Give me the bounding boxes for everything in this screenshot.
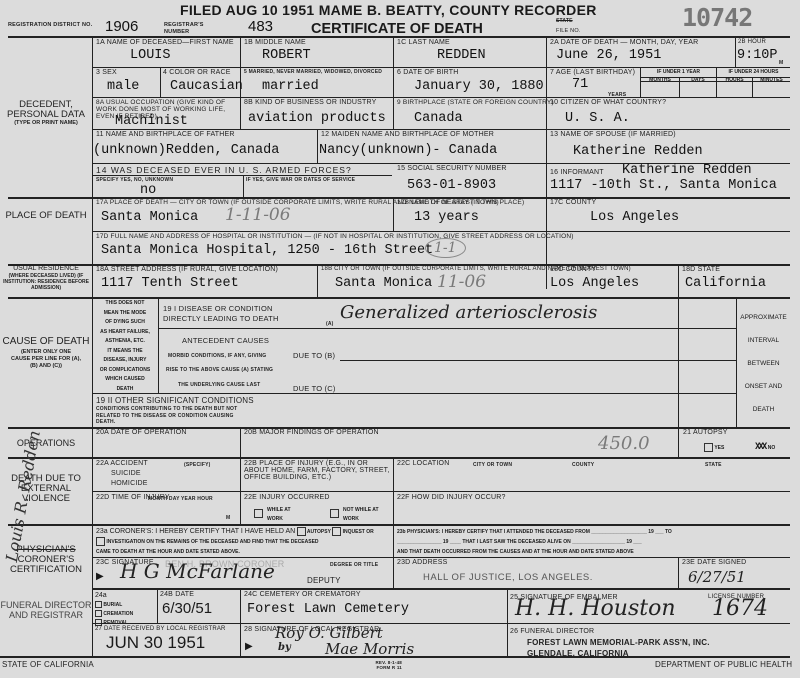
informant-label: 16 INFORMANT bbox=[550, 169, 604, 176]
res-city-pencil-note: 11-06 bbox=[437, 272, 486, 292]
rule bbox=[0, 656, 790, 658]
injury-state-label: STATE bbox=[705, 462, 722, 468]
age: 71 bbox=[572, 77, 588, 92]
rule bbox=[735, 37, 736, 67]
op-findings-label: 20b MAJOR FINDINGS OF OPERATION bbox=[244, 429, 379, 436]
coroner-autopsy-checkbox[interactable] bbox=[297, 527, 306, 536]
death-certificate: REGISTRATION DISTRICT NO. 1906 REGISTRAR… bbox=[0, 0, 800, 678]
specify-label: (SPECIFY) bbox=[184, 462, 211, 468]
first-name: LOUIS bbox=[130, 48, 171, 63]
armed-forces-sublabel: SPECIFY YES, NO, UNKNOWN bbox=[96, 177, 173, 183]
cremation-option: CREMATION bbox=[95, 610, 133, 619]
section-place-of-death: PLACE OF DEATH bbox=[0, 211, 92, 221]
interval-label: APPROXIMATE INTERVAL BETWEEN ONSET AND D… bbox=[737, 306, 790, 421]
coroner-cert-line2: INVESTIGATION ON THE REMAINS OF THE DECE… bbox=[96, 537, 386, 547]
date-signed-label: 23e DATE SIGNED bbox=[682, 559, 746, 566]
section-usual-residence-note: (WHERE DECEASED LIVED) (IF INSTITUTION: … bbox=[0, 273, 92, 291]
filed-stamp: FILED AUG 10 1951 MAME B. BEATTY, COUNTY… bbox=[180, 2, 597, 18]
not-while-at-work: NOT WHILE AT WORK bbox=[330, 506, 390, 524]
place-city-pencil-note: 1-11-06 bbox=[225, 205, 291, 225]
homicide-label: HOMICIDE bbox=[111, 480, 148, 487]
physician-cert-line2-text: THAT I LAST SAW THE DECEASED ALIVE ON bbox=[462, 539, 570, 545]
cause-19i-value: Generalized arteriosclerosis bbox=[340, 302, 597, 323]
cemetery-label: 24c CEMETERY OR CREMATORY bbox=[244, 591, 361, 598]
degree-label: DEGREE OR TITLE bbox=[330, 562, 378, 568]
ssn: 563-01-8903 bbox=[407, 178, 496, 193]
rule bbox=[393, 524, 394, 588]
middle-name-label: 1b MIDDLE NAME bbox=[244, 39, 306, 46]
cause-instruction-line: OF DYING SUCH bbox=[93, 318, 157, 328]
cause-instruction-line: DISEASE, INJURY bbox=[93, 356, 157, 366]
registration-district-label: REGISTRATION DISTRICT NO. bbox=[8, 22, 92, 29]
while-at-work-checkbox[interactable] bbox=[254, 509, 263, 518]
funeral-director-label: 26 FUNERAL DIRECTOR bbox=[510, 628, 594, 635]
informant-address: 1117 -10th St., Santa Monica bbox=[550, 178, 777, 193]
coroner-autopsy-label: AUTOPSY bbox=[307, 529, 331, 535]
section-decedent: DECEDENT, PERSONAL DATA (TYPE OR PRINT N… bbox=[0, 100, 92, 127]
cause-line-a-marker: (A) bbox=[326, 321, 334, 327]
section-cause-title: CAUSE OF DEATH bbox=[2, 336, 89, 347]
section-cause-of-death: CAUSE OF DEATH (ENTER ONLY ONE CAUSE PER… bbox=[0, 337, 92, 370]
registrars-number: 483 bbox=[248, 18, 273, 35]
coroner-investigation-checkbox[interactable] bbox=[96, 537, 105, 546]
rule bbox=[340, 360, 678, 361]
rule bbox=[678, 393, 736, 394]
rule bbox=[678, 360, 736, 361]
due-to-c-label: DUE TO (C) bbox=[293, 384, 336, 393]
rule bbox=[157, 588, 158, 623]
rule bbox=[240, 427, 241, 457]
injury-occurred-label: 22e INJURY OCCURRED bbox=[244, 494, 330, 501]
hour-suffix: M bbox=[779, 60, 783, 66]
section-usual-residence-title: USUAL RESIDENCE bbox=[13, 265, 79, 272]
citizen-label: 10 CITIZEN OF WHAT COUNTRY? bbox=[550, 99, 666, 106]
cremation-label: CREMATION bbox=[103, 611, 133, 617]
physician-certification-text: 23b PHYSICIAN'S: I HEREBY CERTIFY THAT I… bbox=[397, 527, 789, 557]
rule bbox=[92, 623, 790, 624]
autopsy-yes: YES bbox=[704, 443, 724, 452]
coroner-inquest-label: INQUEST OR bbox=[343, 529, 374, 535]
date-of-death-label: 2a DATE OF DEATH — MONTH, DAY, YEAR bbox=[550, 39, 698, 46]
while-at-work-label: WHILE AT WORK bbox=[267, 507, 291, 522]
industry-label: 8b KIND OF BUSINESS OR INDUSTRY bbox=[244, 99, 376, 106]
autopsy-no: XXX NO bbox=[755, 441, 775, 452]
race: Caucasian bbox=[170, 79, 243, 94]
rule bbox=[678, 557, 679, 588]
rule bbox=[678, 328, 736, 329]
first-name-label: 1a NAME OF DECEASED—FIRST NAME bbox=[96, 39, 234, 46]
hospital: Santa Monica Hospital, 1250 - 16th Stree… bbox=[101, 243, 433, 258]
hospital-pencil-note: 1-1 bbox=[425, 238, 466, 258]
section-decedent-note: (TYPE OR PRINT NAME) bbox=[0, 120, 92, 127]
antecedent-line1: MORBID CONDITIONS, IF ANY, GIVING bbox=[168, 353, 266, 359]
coroner-cert-line1: 23a CORONER'S: I HEREBY CERTIFY THAT I H… bbox=[96, 527, 386, 537]
footer-department: DEPARTMENT OF PUBLIC HEALTH bbox=[655, 660, 792, 669]
cause-19i-label: 19 I DISEASE OR CONDITION DIRECTLY LEADI… bbox=[163, 304, 293, 324]
antecedent-line3: THE UNDERLYING CAUSE LAST bbox=[178, 382, 260, 388]
war-service-label: IF YES, GIVE WAR OR DATES OF SERVICE bbox=[246, 177, 355, 183]
physician-cert-line2: ________________ 19 ____ THAT I LAST SAW… bbox=[397, 537, 789, 547]
rule bbox=[317, 264, 318, 298]
spouse: Katherine Redden bbox=[573, 144, 703, 159]
informant: Katherine Redden bbox=[622, 163, 752, 178]
physician-cert-label: 23b PHYSICIAN'S: I HEREBY CERTIFY THAT I… bbox=[397, 529, 590, 535]
res-state-label: 18d STATE bbox=[682, 266, 720, 273]
burial-label: BURIAL bbox=[103, 602, 122, 608]
ssn-label: 15 SOCIAL SECURITY NUMBER bbox=[397, 165, 507, 172]
cert-address-label: 23d ADDRESS bbox=[397, 559, 447, 566]
state-struck: STATE bbox=[556, 18, 573, 24]
rule bbox=[92, 175, 392, 176]
armed-forces: no bbox=[140, 183, 156, 198]
length-of-stay: 13 years bbox=[414, 210, 479, 225]
document-title: CERTIFICATE OF DEATH bbox=[311, 21, 483, 37]
last-name-label: 1c LAST NAME bbox=[397, 39, 450, 46]
injury-location-label: 22c LOCATION bbox=[397, 460, 449, 467]
interval-line: ONSET AND bbox=[737, 375, 790, 398]
race-label: 4 COLOR OR RACE bbox=[163, 69, 231, 76]
rule bbox=[92, 393, 678, 394]
physician-cert-to: TO bbox=[665, 529, 672, 535]
marital-label: 5 MARRIED, NEVER MARRIED, WIDOWED, DIVOR… bbox=[244, 69, 384, 75]
coroner-inquest-checkbox[interactable] bbox=[332, 527, 341, 536]
father-label: 11 NAME AND BIRTHPLACE OF FATHER bbox=[96, 131, 235, 138]
physician-cert-line3: AND THAT DEATH OCCURRED FROM THE CAUSES … bbox=[397, 547, 789, 557]
registrar-arrow-icon: ▶ bbox=[245, 641, 253, 652]
last-name: REDDEN bbox=[437, 48, 486, 63]
burial-date-label: 24b DATE bbox=[160, 591, 194, 598]
hour-label: 2b HOUR bbox=[738, 39, 766, 45]
injury-county-label: COUNTY bbox=[572, 462, 594, 468]
marital-status: married bbox=[262, 79, 319, 94]
rule bbox=[678, 297, 679, 428]
rule bbox=[160, 67, 161, 97]
dob-label: 6 DATE OF BIRTH bbox=[397, 69, 458, 76]
sex: male bbox=[107, 79, 139, 94]
rule bbox=[8, 457, 790, 459]
cemetery: Forest Lawn Cemetery bbox=[247, 602, 409, 617]
section-operations: OPERATIONS bbox=[0, 438, 92, 448]
rule bbox=[678, 264, 679, 298]
funeral-director-name: FOREST LAWN MEMORIAL-PARK ASS'N, INC. bbox=[527, 638, 710, 647]
cause-19ii-sublabel: CONDITIONS CONTRIBUTING TO THE DEATH BUT… bbox=[96, 406, 246, 426]
injury-time-suffix: M bbox=[226, 515, 230, 521]
mother-label: 12 MAIDEN NAME AND BIRTHPLACE OF MOTHER bbox=[321, 131, 494, 138]
rule bbox=[92, 557, 790, 558]
months-label: MONTHS bbox=[641, 76, 679, 86]
coroner-cert-label: 23a CORONER'S: I HEREBY CERTIFY THAT I H… bbox=[96, 528, 295, 535]
burial-checkbox[interactable] bbox=[95, 601, 102, 608]
place-county-label: 17c COUNTY bbox=[550, 199, 596, 206]
accident-label: 22a ACCIDENT bbox=[96, 460, 148, 467]
autopsy-yes-label: YES bbox=[714, 445, 724, 451]
middle-name: ROBERT bbox=[262, 48, 311, 63]
burial-option: BURIAL bbox=[95, 601, 133, 610]
rule bbox=[92, 231, 790, 232]
injury-city-label: CITY OR TOWN bbox=[473, 462, 512, 468]
mother: Nancy(unknown)- Canada bbox=[319, 143, 497, 158]
interval-line: APPROXIMATE bbox=[737, 306, 790, 329]
res-county-label: 18c COUNTY bbox=[550, 266, 596, 273]
rule bbox=[92, 97, 790, 98]
embalmer-signature: H. H. Houston bbox=[515, 596, 676, 621]
cause-instruction-line: THIS DOES NOT bbox=[93, 299, 157, 309]
physician-cert-19: 19 bbox=[648, 529, 654, 535]
registrars-number-label: REGISTRAR'S NUMBER bbox=[164, 22, 214, 36]
rule bbox=[243, 175, 244, 197]
cause-instruction-line: MEAN THE MODE bbox=[93, 309, 157, 319]
rule bbox=[92, 491, 790, 492]
not-while-at-work-checkbox[interactable] bbox=[330, 509, 339, 518]
cause-instruction-line: OR COMPLICATIONS bbox=[93, 366, 157, 376]
stay-label: 17b LENGTH OF STAY (IN THIS PLACE) bbox=[397, 199, 524, 206]
res-city: Santa Monica bbox=[335, 276, 432, 291]
autopsy-no-xmark: XXX bbox=[755, 442, 765, 452]
place-city: Santa Monica bbox=[101, 210, 198, 225]
section-cause-note: (ENTER ONLY ONE CAUSE PER LINE FOR (A), … bbox=[11, 349, 81, 370]
coroner-certification-text: 23a CORONER'S: I HEREBY CERTIFY THAT I H… bbox=[96, 527, 386, 557]
antecedent-line2: RISE TO THE ABOVE CAUSE (A) STATING bbox=[166, 367, 273, 373]
embalmer-license: 1674 bbox=[712, 596, 768, 621]
birthplace: Canada bbox=[414, 111, 463, 126]
rule bbox=[393, 37, 394, 129]
date-of-birth: January 30, 1880 bbox=[414, 79, 544, 94]
received-label: 27 DATE RECEIVED BY LOCAL REGISTRAR bbox=[95, 626, 226, 632]
rule bbox=[158, 297, 159, 393]
received-date: JUN 30 1951 bbox=[106, 633, 205, 653]
footer-state: STATE OF CALIFORNIA bbox=[2, 660, 94, 669]
days-label: DAYS bbox=[680, 76, 716, 86]
res-street-label: 18a STREET ADDRESS (IF RURAL, GIVE LOCAT… bbox=[96, 266, 278, 273]
cause-instruction-line: ASTHENIA, ETC. bbox=[93, 337, 157, 347]
res-state: California bbox=[685, 276, 766, 291]
hours-label: HOURS bbox=[717, 76, 752, 86]
rule bbox=[317, 129, 318, 163]
disposition-label: 24a bbox=[95, 592, 107, 599]
file-number-stamp: 10742 bbox=[682, 3, 752, 32]
sex-label: 3 SEX bbox=[96, 69, 117, 76]
interval-line: INTERVAL bbox=[737, 329, 790, 352]
age-label: 7 AGE (LAST BIRTHDAY) bbox=[550, 69, 635, 76]
cause-19ii-label: 19 II OTHER SIGNIFICANT CONDITIONS bbox=[96, 396, 254, 405]
op-date-label: 20a DATE OF OPERATION bbox=[96, 429, 187, 436]
while-at-work: WHILE AT WORK bbox=[254, 506, 306, 524]
cause-instruction-column: THIS DOES NOT MEAN THE MODE OF DYING SUC… bbox=[93, 299, 157, 394]
registrar-by: by bbox=[278, 642, 291, 653]
antecedent-title: ANTECEDENT CAUSES bbox=[182, 336, 269, 345]
rule bbox=[8, 36, 790, 38]
rule bbox=[393, 197, 394, 231]
cause-instruction-line: IT MEANS THE bbox=[93, 347, 157, 357]
injury-place-label: 22b PLACE OF INJURY (E.G., IN OR ABOUT H… bbox=[244, 460, 392, 481]
father: (unknown)Redden, Canada bbox=[93, 143, 279, 158]
coroner-cert-line3: CAME TO DEATH AT THE HOUR AND DATE STATE… bbox=[96, 547, 386, 557]
physician-cert-line1: 23b PHYSICIAN'S: I HEREBY CERTIFY THAT I… bbox=[397, 527, 789, 537]
file-no-label: FILE No. bbox=[556, 28, 581, 34]
section-usual-residence: USUAL RESIDENCE (WHERE DECEASED LIVED) (… bbox=[0, 265, 92, 291]
signature-arrow-icon: ▶ bbox=[96, 571, 104, 582]
autopsy-no-label: NO bbox=[768, 445, 776, 451]
registration-district: 1906 bbox=[105, 18, 138, 35]
coroner-cert-line2-text: INVESTIGATION ON THE REMAINS OF THE DECE… bbox=[106, 539, 318, 545]
cert-address: HALL OF JUSTICE, LOS ANGELES. bbox=[423, 572, 593, 583]
due-to-b-label: DUE TO (B) bbox=[293, 351, 335, 360]
date-signed: 6/27/51 bbox=[688, 568, 746, 586]
autopsy-label: 21 AUTOPSY bbox=[683, 429, 728, 436]
op-findings-pencil-note: 450.0 bbox=[598, 433, 650, 454]
citizen: U. S. A. bbox=[565, 111, 630, 126]
industry: aviation products bbox=[248, 111, 386, 126]
date-of-death: June 26, 1951 bbox=[556, 48, 661, 63]
section-decedent-title: DECEDENT, PERSONAL DATA bbox=[7, 99, 85, 120]
rule bbox=[92, 129, 790, 130]
birthplace-label: 9 BIRTHPLACE (STATE OR FOREIGN COUNTRY) bbox=[397, 99, 554, 106]
rule bbox=[678, 427, 679, 457]
rule bbox=[8, 524, 790, 526]
minutes-label: MINUTES bbox=[753, 76, 790, 86]
interval-line: BETWEEN bbox=[737, 352, 790, 375]
hour: 9:10P bbox=[737, 48, 778, 63]
res-street: 1117 Tenth Street bbox=[101, 276, 239, 291]
res-county: Los Angeles bbox=[550, 276, 639, 291]
footer-form-number: REV. 8-1-48 FORM R 11 bbox=[366, 660, 402, 670]
spouse-label: 13 NAME OF SPOUSE (IF MARRIED) bbox=[550, 131, 676, 138]
occupation: Machinist bbox=[115, 114, 188, 129]
cause-instruction-line: AS HEART FAILURE, bbox=[93, 328, 157, 338]
coroner-signature: H G McFarlane bbox=[120, 559, 275, 583]
cause-instruction-line: WHICH CAUSED bbox=[93, 375, 157, 385]
injury-how-label: 22f HOW DID INJURY OCCUR? bbox=[397, 494, 506, 501]
section-funeral-registrar: FUNERAL DIRECTOR AND REGISTRAR bbox=[0, 600, 92, 620]
autopsy-yes-checkbox[interactable] bbox=[704, 443, 713, 452]
interval-line: DEATH bbox=[737, 398, 790, 421]
not-while-at-work-label: NOT WHILE AT WORK bbox=[343, 507, 379, 522]
suicide-label: SUICIDE bbox=[111, 470, 141, 477]
degree: DEPUTY bbox=[307, 576, 341, 585]
hospital-label: 17d FULL NAME AND ADDRESS OF HOSPITAL OR… bbox=[96, 233, 574, 240]
burial-date: 6/30/51 bbox=[162, 600, 212, 617]
rule bbox=[158, 328, 678, 329]
place-county: Los Angeles bbox=[590, 210, 679, 225]
cremation-checkbox[interactable] bbox=[95, 610, 102, 617]
armed-forces-label: 14 WAS DECEASED EVER IN U. S. ARMED FORC… bbox=[96, 165, 352, 175]
rule bbox=[92, 588, 790, 590]
injury-time-sublabel: MONTH DAY YEAR HOUR bbox=[148, 496, 213, 502]
